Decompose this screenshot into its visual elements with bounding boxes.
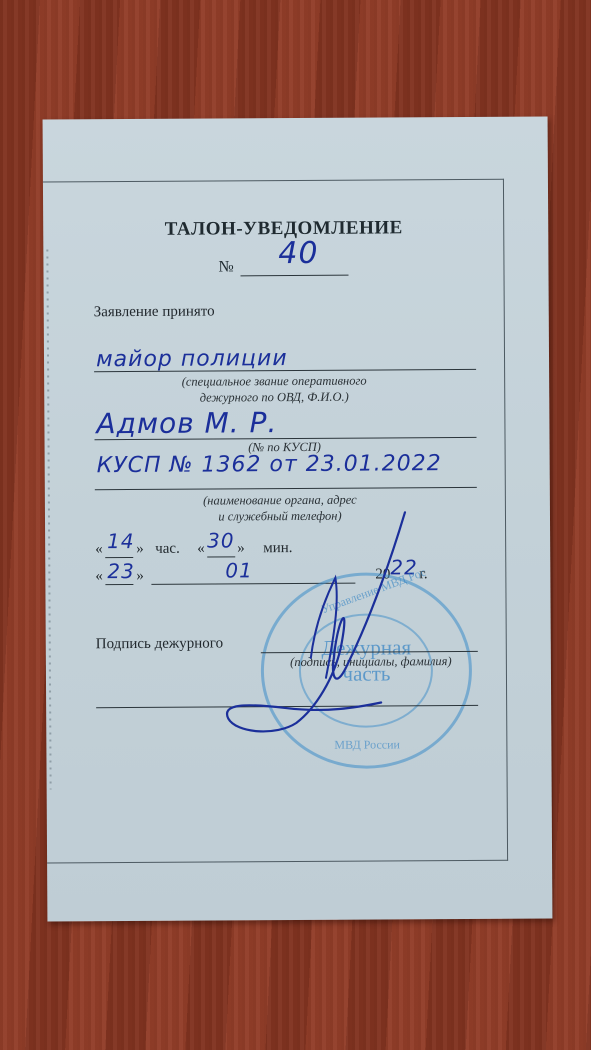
hour-line [105, 557, 133, 558]
officer-rank-value: майор полиции [96, 346, 288, 372]
officer-hint-1: (специальное звание оперативного [154, 373, 394, 389]
officer-name-value: Адмов М. Р. [96, 406, 277, 440]
day-value: 23 [107, 559, 135, 583]
organ-hint-1: (наименование органа, адрес [165, 492, 395, 508]
accepted-label: Заявление принято [94, 304, 215, 322]
hour-quote-close: » [136, 541, 144, 558]
hour-quote-open: « [95, 541, 103, 558]
day-quote-close: » [136, 568, 144, 585]
day-quote-open: « [95, 568, 103, 585]
minute-quote-open: « [197, 541, 205, 558]
day-line [105, 584, 133, 585]
number-value: 40 [278, 236, 318, 271]
notification-slip: ТАЛОН-УВЕДОМЛЕНИЕ № 40 Заявление принято… [43, 116, 553, 921]
officer-hint-2: дежурного по ОВД, Ф.И.О.) [154, 389, 394, 405]
number-label: № [218, 258, 233, 276]
hour-value: 14 [107, 529, 135, 553]
handwritten-signature [215, 507, 436, 738]
hour-label: час. [155, 541, 180, 558]
signature-label: Подпись дежурного [96, 635, 223, 653]
stamp-ring-bottom: МВД России [334, 737, 400, 752]
kusp-value: КУСП № 1362 от 23.01.2022 [97, 451, 442, 478]
